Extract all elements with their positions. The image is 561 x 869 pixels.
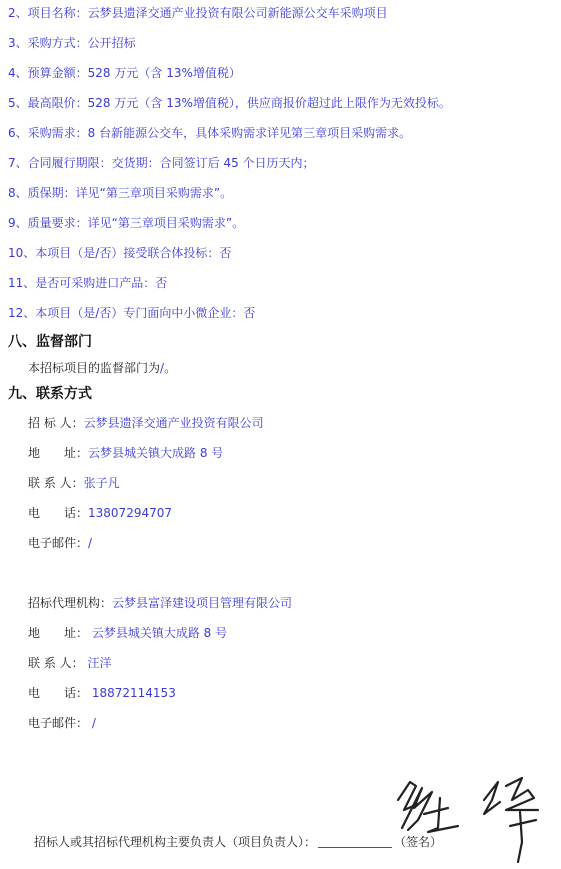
item-value: 8 台新能源公交车，具体采购需求详见第三章项目采购需求。 [88,126,411,140]
item-imports: 11、是否可采购进口产品：否 [8,276,167,290]
agency-email-row: 电子邮件： / [28,716,96,730]
agency-address-row: 地 址： 云梦县城关镇大成路 8 号 [28,626,227,640]
agency-address-label: 地 址： [28,626,88,640]
item-requirements: 6、采购需求：8 台新能源公交车，具体采购需求详见第三章项目采购需求。 [8,126,411,140]
tenderer-address-row: 地 址：云梦县城关镇大成路 8 号 [28,446,223,460]
tenderer-phone-label: 电 话： [28,506,88,520]
item-number: 7、 [8,156,28,170]
item-value: 否 [155,276,167,290]
item-label: 最高限价： [28,96,88,110]
agency-contact-row: 联 系 人： 汪洋 [28,656,111,670]
tenderer-name-row: 招 标 人：云梦县遗泽交通产业投资有限公司 [28,416,264,430]
section-contact-heading: 九、联系方式 [8,386,92,402]
item-value: 详见“第三章项目采购需求”。 [76,186,232,200]
item-number: 9、 [8,216,28,230]
item-number: 4、 [8,66,28,80]
item-number: 11、 [8,276,35,290]
item-number: 5、 [8,96,28,110]
item-label: 采购方式： [28,36,88,50]
item-label: 采购需求： [28,126,88,140]
supervision-text: 本招标项目的监督部门为/。 [28,361,176,375]
agency-phone-value: 18872114153 [92,686,176,700]
item-label: 质保期： [28,186,76,200]
item-number: 2、 [8,6,28,20]
item-value: 详见“第三章项目采购需求”。 [88,216,244,230]
item-value: 交货期：合同签订后 45 个日历天内； [112,156,315,170]
supervision-end: 。 [164,361,176,375]
tenderer-address-value: 云梦县城关镇大成路 8 号 [88,446,223,460]
agency-email-label: 电子邮件： [28,716,88,730]
tenderer-contact-label: 联 系 人： [28,476,84,490]
tenderer-contact-row: 联 系 人：张子凡 [28,476,120,490]
item-label: 质量要求： [28,216,88,230]
item-number: 8、 [8,186,28,200]
tenderer-name-value: 云梦县遗泽交通产业投资有限公司 [84,416,264,430]
agency-name-value: 云梦县富泽建设项目管理有限公司 [112,596,292,610]
agency-contact-label: 联 系 人： [28,656,84,670]
tenderer-name-label: 招 标 人： [28,416,84,430]
item-project-name: 2、项目名称：云梦县遗泽交通产业投资有限公司新能源公交车采购项目 [8,6,388,20]
item-warranty: 8、质保期：详见“第三章项目采购需求”。 [8,186,232,200]
item-value: 否 [243,306,255,320]
item-quality: 9、质量要求：详见“第三章项目采购需求”。 [8,216,244,230]
item-label: 是否可采购进口产品： [35,276,155,290]
item-consortium: 10、本项目（是/否）接受联合体投标：否 [8,246,231,260]
item-number: 12、 [8,306,35,320]
tenderer-email-label: 电子邮件： [28,536,88,550]
signature-line: 招标人或其招标代理机构主要负责人（项目负责人）：（签名） [34,835,442,849]
agency-address-value: 云梦县城关镇大成路 8 号 [92,626,227,640]
item-max-price: 5、最高限价：528 万元（含 13%增值税），供应商报价超过此上限作为无效投标… [8,96,451,110]
item-number: 6、 [8,126,28,140]
agency-email-value: / [92,716,96,730]
tenderer-address-label: 地 址： [28,446,88,460]
item-label: 本项目（是/否）专门面向中小微企业： [35,306,243,320]
item-label: 本项目（是/否）接受联合体投标： [35,246,219,260]
tenderer-email-value: / [88,536,92,550]
agency-contact-value: 汪洋 [87,656,111,670]
item-value: 528 万元（含 13%增值税） [88,66,241,80]
agency-phone-label: 电 话： [28,686,88,700]
item-label: 预算金额： [28,66,88,80]
item-label: 项目名称： [28,6,88,20]
signature-blank [318,847,392,848]
item-label: 合同履行期限： [28,156,112,170]
item-value: 528 万元（含 13%增值税），供应商报价超过此上限作为无效投标。 [88,96,451,110]
agency-name-label: 招标代理机构： [28,596,112,610]
item-sme: 12、本项目（是/否）专门面向中小微企业：否 [8,306,255,320]
item-value: 否 [219,246,231,260]
tenderer-phone-value: 13807294707 [88,506,172,520]
section-supervision-heading: 八、监督部门 [8,334,92,350]
item-procurement-method: 3、采购方式：公开招标 [8,36,136,50]
item-number: 10、 [8,246,35,260]
item-contract-period: 7、合同履行期限：交货期：合同签订后 45 个日历天内； [8,156,315,170]
agency-name-row: 招标代理机构：云梦县富泽建设项目管理有限公司 [28,596,292,610]
agency-phone-row: 电 话： 18872114153 [28,686,176,700]
item-value: 云梦县遗泽交通产业投资有限公司新能源公交车采购项目 [88,6,388,20]
tenderer-phone-row: 电 话：13807294707 [28,506,172,520]
item-value: 公开招标 [88,36,136,50]
supervision-label: 本招标项目的监督部门为 [28,361,160,375]
tenderer-email-row: 电子邮件：/ [28,536,92,550]
tenderer-contact-value: 张子凡 [84,476,120,490]
handwritten-signature-icon [388,770,558,865]
item-budget: 4、预算金额：528 万元（含 13%增值税） [8,66,241,80]
signature-label: 招标人或其招标代理机构主要负责人（项目负责人）： [34,835,316,849]
item-number: 3、 [8,36,28,50]
